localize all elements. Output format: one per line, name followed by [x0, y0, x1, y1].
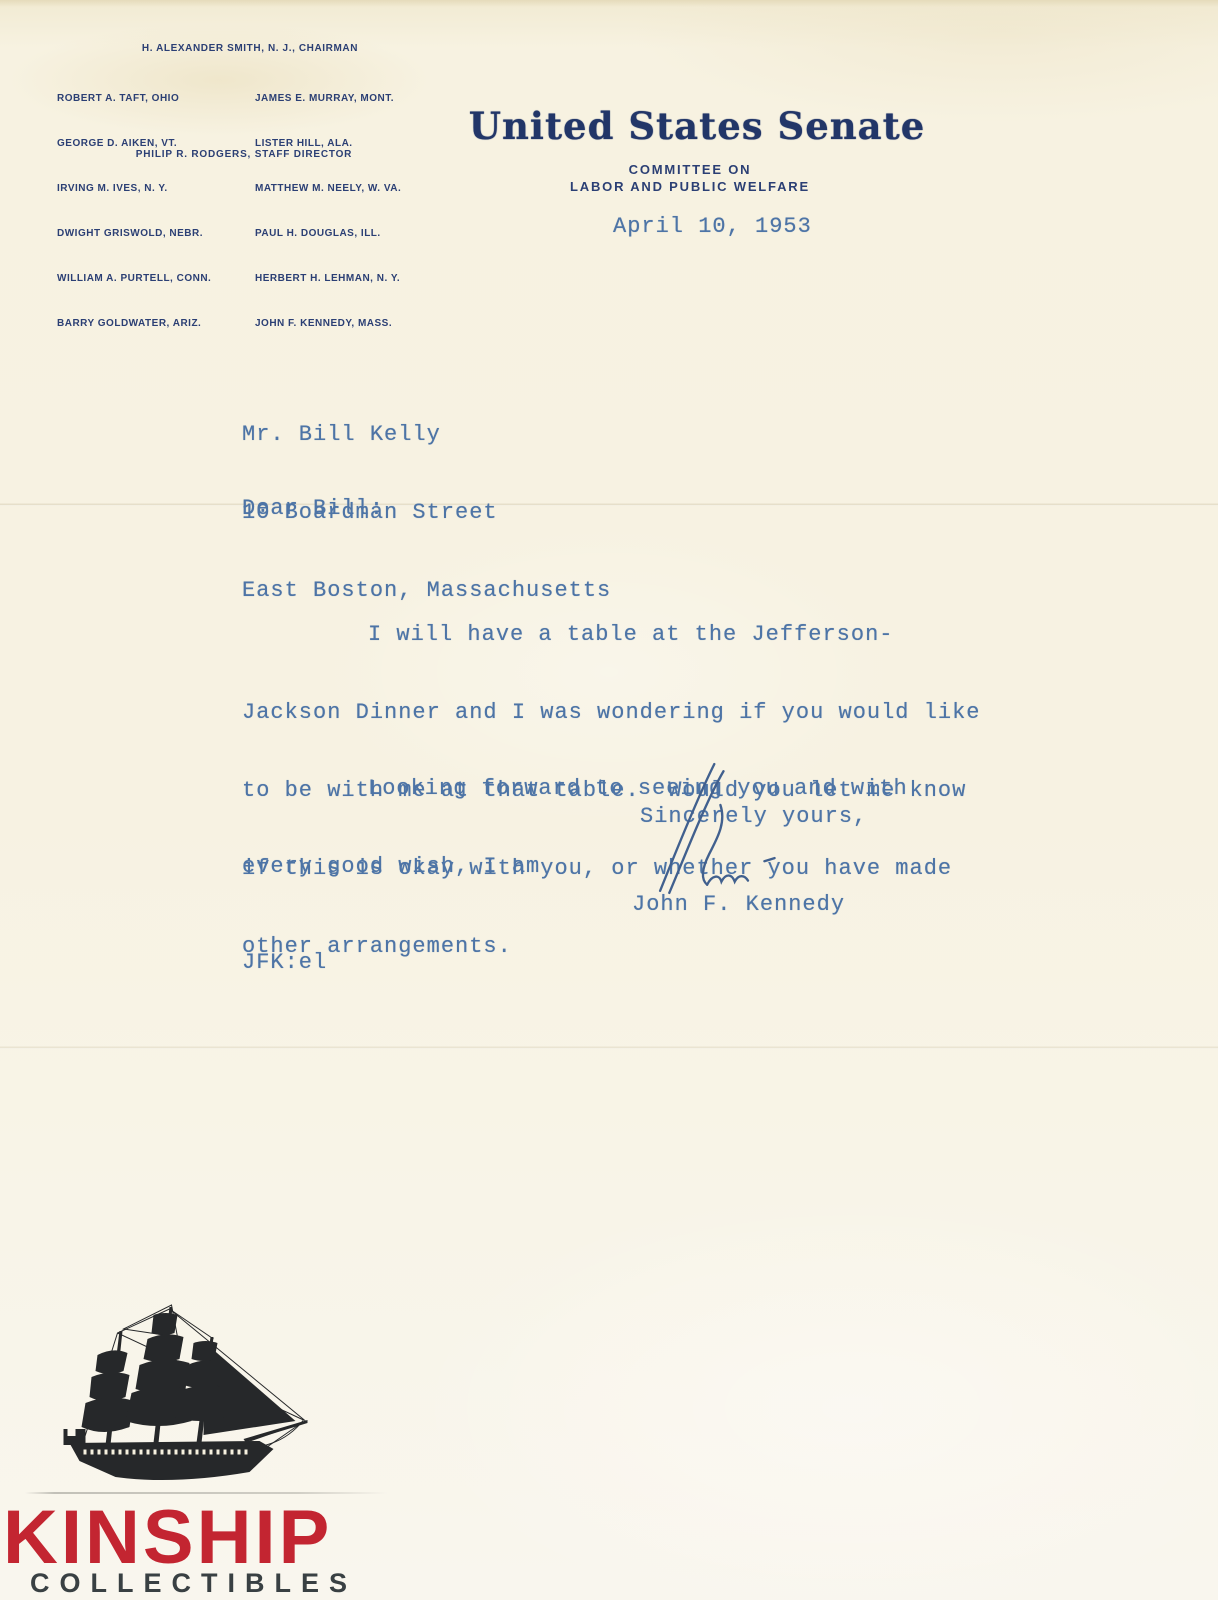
member-name: WILLIAM A. PURTELL, CONN. — [57, 271, 211, 286]
salutation: Dear Bill: — [242, 496, 384, 522]
letter-date: April 10, 1953 — [613, 214, 812, 240]
watermark-brand-subtitle: COLLECTIBLES — [30, 1568, 357, 1599]
committee-title-line1: COMMITTEE ON — [390, 162, 990, 177]
signer-name: John F. Kennedy — [632, 892, 845, 918]
member-name: IRVING M. IVES, N. Y. — [57, 181, 211, 196]
member-name: HERBERT H. LEHMAN, N. Y. — [255, 271, 401, 286]
member-name: DWIGHT GRISWOLD, NEBR. — [57, 226, 211, 241]
committee-members-right-column: JAMES E. MURRAY, MONT. LISTER HILL, ALA.… — [255, 61, 401, 361]
member-name: ROBERT A. TAFT, OHIO — [57, 91, 211, 106]
letter-scan-page: H. ALEXANDER SMITH, N. J., CHAIRMAN ROBE… — [0, 0, 1218, 1600]
recipient-line: Mr. Bill Kelly — [242, 422, 611, 448]
committee-title-line2: LABOR AND PUBLIC WELFARE — [390, 179, 990, 194]
member-name: MATTHEW M. NEELY, W. VA. — [255, 181, 401, 196]
jfk-signature-icon — [632, 760, 817, 898]
paper-top-edge — [0, 0, 1218, 7]
staff-director: PHILIP R. RODGERS, STAFF DIRECTOR — [54, 149, 434, 160]
member-name: JAMES E. MURRAY, MONT. — [255, 91, 401, 106]
clipper-ship-icon — [52, 1293, 320, 1493]
reference-initials: JFK:el — [242, 950, 327, 976]
body-line: I will have a table at the Jefferson- — [242, 622, 981, 648]
body-line: other arrangements. — [242, 934, 981, 960]
body-line: Jackson Dinner and I was wondering if yo… — [242, 700, 981, 726]
member-name: BARRY GOLDWATER, ARIZ. — [57, 316, 211, 331]
member-name: PAUL H. DOUGLAS, ILL. — [255, 226, 401, 241]
fold-crease-lower — [0, 1046, 1218, 1049]
member-name: JOHN F. KENNEDY, MASS. — [255, 316, 401, 331]
committee-chairman: H. ALEXANDER SMITH, N. J., CHAIRMAN — [60, 43, 440, 54]
organization-name: United States Senate — [397, 104, 997, 148]
committee-members-left-column: ROBERT A. TAFT, OHIO GEORGE D. AIKEN, VT… — [57, 61, 211, 361]
